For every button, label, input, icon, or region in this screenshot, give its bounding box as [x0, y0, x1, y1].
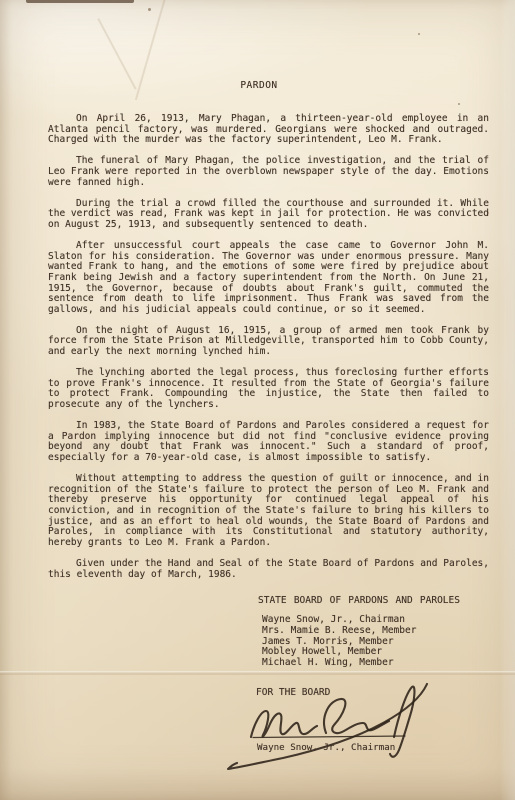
paper-wrinkle	[97, 18, 136, 89]
signature-caption: Wayne Snow, Jr., Chairman	[257, 742, 395, 753]
paper-crease	[0, 671, 515, 675]
member-line-wing: Michael H. Wing, Member	[262, 658, 416, 669]
paragraph-2: The funeral of Mary Phagan, the police i…	[48, 156, 489, 188]
signature-underline-rule	[253, 736, 405, 738]
paper-speck	[148, 8, 151, 11]
paragraph-4: After unsuccessful court appeals the cas…	[48, 241, 489, 315]
paragraph-8: Without attempting to address the questi…	[48, 474, 489, 548]
paragraph-9: Given under the Hand and Seal of the Sta…	[48, 559, 489, 580]
paragraph-5: On the night of August 16, 1915, a group…	[48, 326, 489, 358]
paper-speck	[418, 33, 420, 35]
signature-script	[215, 680, 465, 780]
document-body: On April 26, 1913, Mary Phagan, a thirte…	[48, 114, 489, 580]
pardon-document-page: PARDON On April 26, 1913, Mary Phagan, a…	[0, 0, 515, 800]
member-line-reese: Mrs. Mamie B. Reese, Member	[262, 626, 416, 637]
scan-edge-mark	[26, 0, 134, 3]
paragraph-1: On April 26, 1913, Mary Phagan, a thirte…	[48, 114, 489, 146]
paper-speck	[458, 103, 460, 105]
document-title: PARDON	[49, 80, 469, 91]
paragraph-7: In 1983, the State Board of Pardons and …	[48, 421, 489, 463]
paragraph-6: The lynching aborted the legal process, …	[48, 368, 489, 410]
board-members-list: Wayne Snow, Jr., Chairman Mrs. Mamie B. …	[262, 615, 416, 669]
paragraph-3: During the trial a crowd filled the cour…	[48, 199, 489, 231]
board-heading: STATE BOARD OF PARDONS AND PAROLES	[258, 595, 460, 606]
